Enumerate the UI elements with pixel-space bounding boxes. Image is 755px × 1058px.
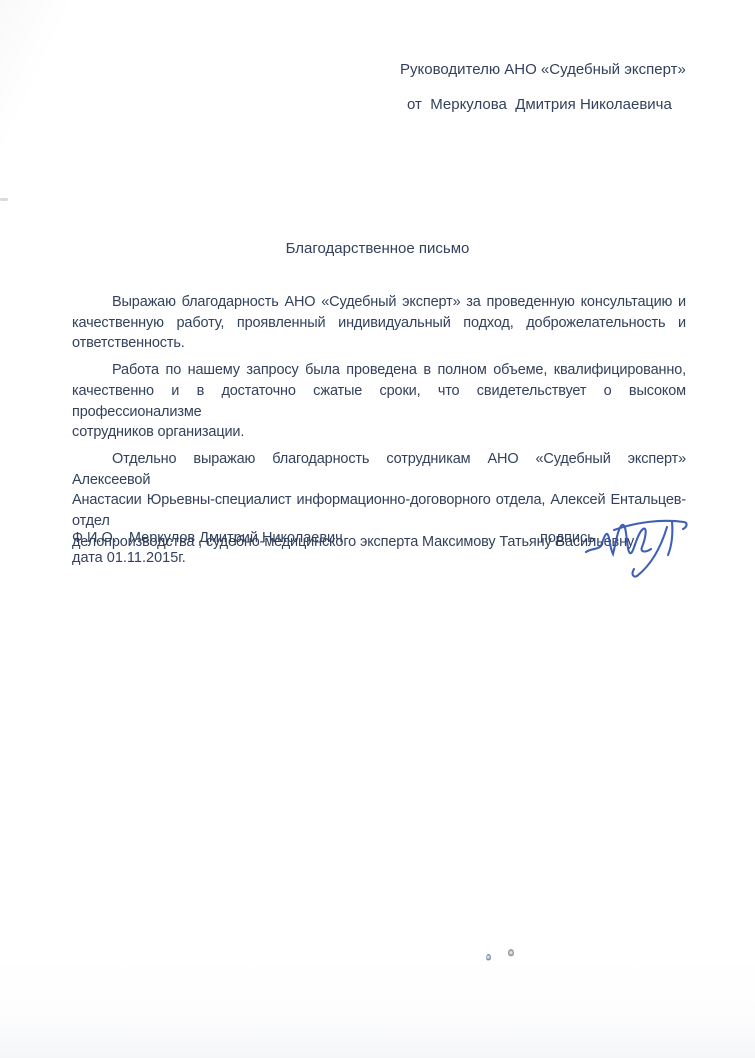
paragraph-line: Работа по нашему запросу была проведена … — [72, 360, 686, 381]
letter-title: Благодарственное письмо — [0, 240, 755, 257]
scanned-letter-page: Руководителю АНО «Судебный эксперт» от М… — [0, 0, 755, 1058]
fio-line: Ф.И.О. Меркулов Дмитрий Николаевич — [72, 528, 343, 548]
sender-line: от Меркулова Дмитрия Николаевича — [407, 95, 686, 115]
ink-speck — [486, 954, 491, 961]
paragraph-line: ответственность. — [72, 333, 686, 354]
recipient-line: Руководителю АНО «Судебный эксперт» — [400, 60, 686, 80]
handwritten-signature-icon — [584, 506, 694, 580]
letter-header: Руководителю АНО «Судебный эксперт» от М… — [400, 60, 686, 115]
paragraph-line: качественную работу, проявленный индивид… — [72, 313, 686, 334]
paragraph-line: качественно и в достаточно сжатые сроки,… — [72, 381, 686, 422]
paragraph: Выражаю благодарность АНО «Судебный эксп… — [72, 292, 686, 354]
paragraph-line: сотрудников организации. — [72, 422, 686, 443]
paragraph-line: Выражаю благодарность АНО «Судебный эксп… — [72, 292, 686, 313]
date-line: дата 01.11.2015г. — [72, 548, 343, 568]
signature-block: Ф.И.О. Меркулов Дмитрий Николаевич дата … — [72, 528, 343, 568]
paragraph-line: Отдельно выражаю благодарность сотрудник… — [72, 449, 686, 490]
scan-edge-mark — [0, 198, 8, 201]
ink-speck — [508, 949, 514, 957]
paragraph: Работа по нашему запросу была проведена … — [72, 360, 686, 443]
